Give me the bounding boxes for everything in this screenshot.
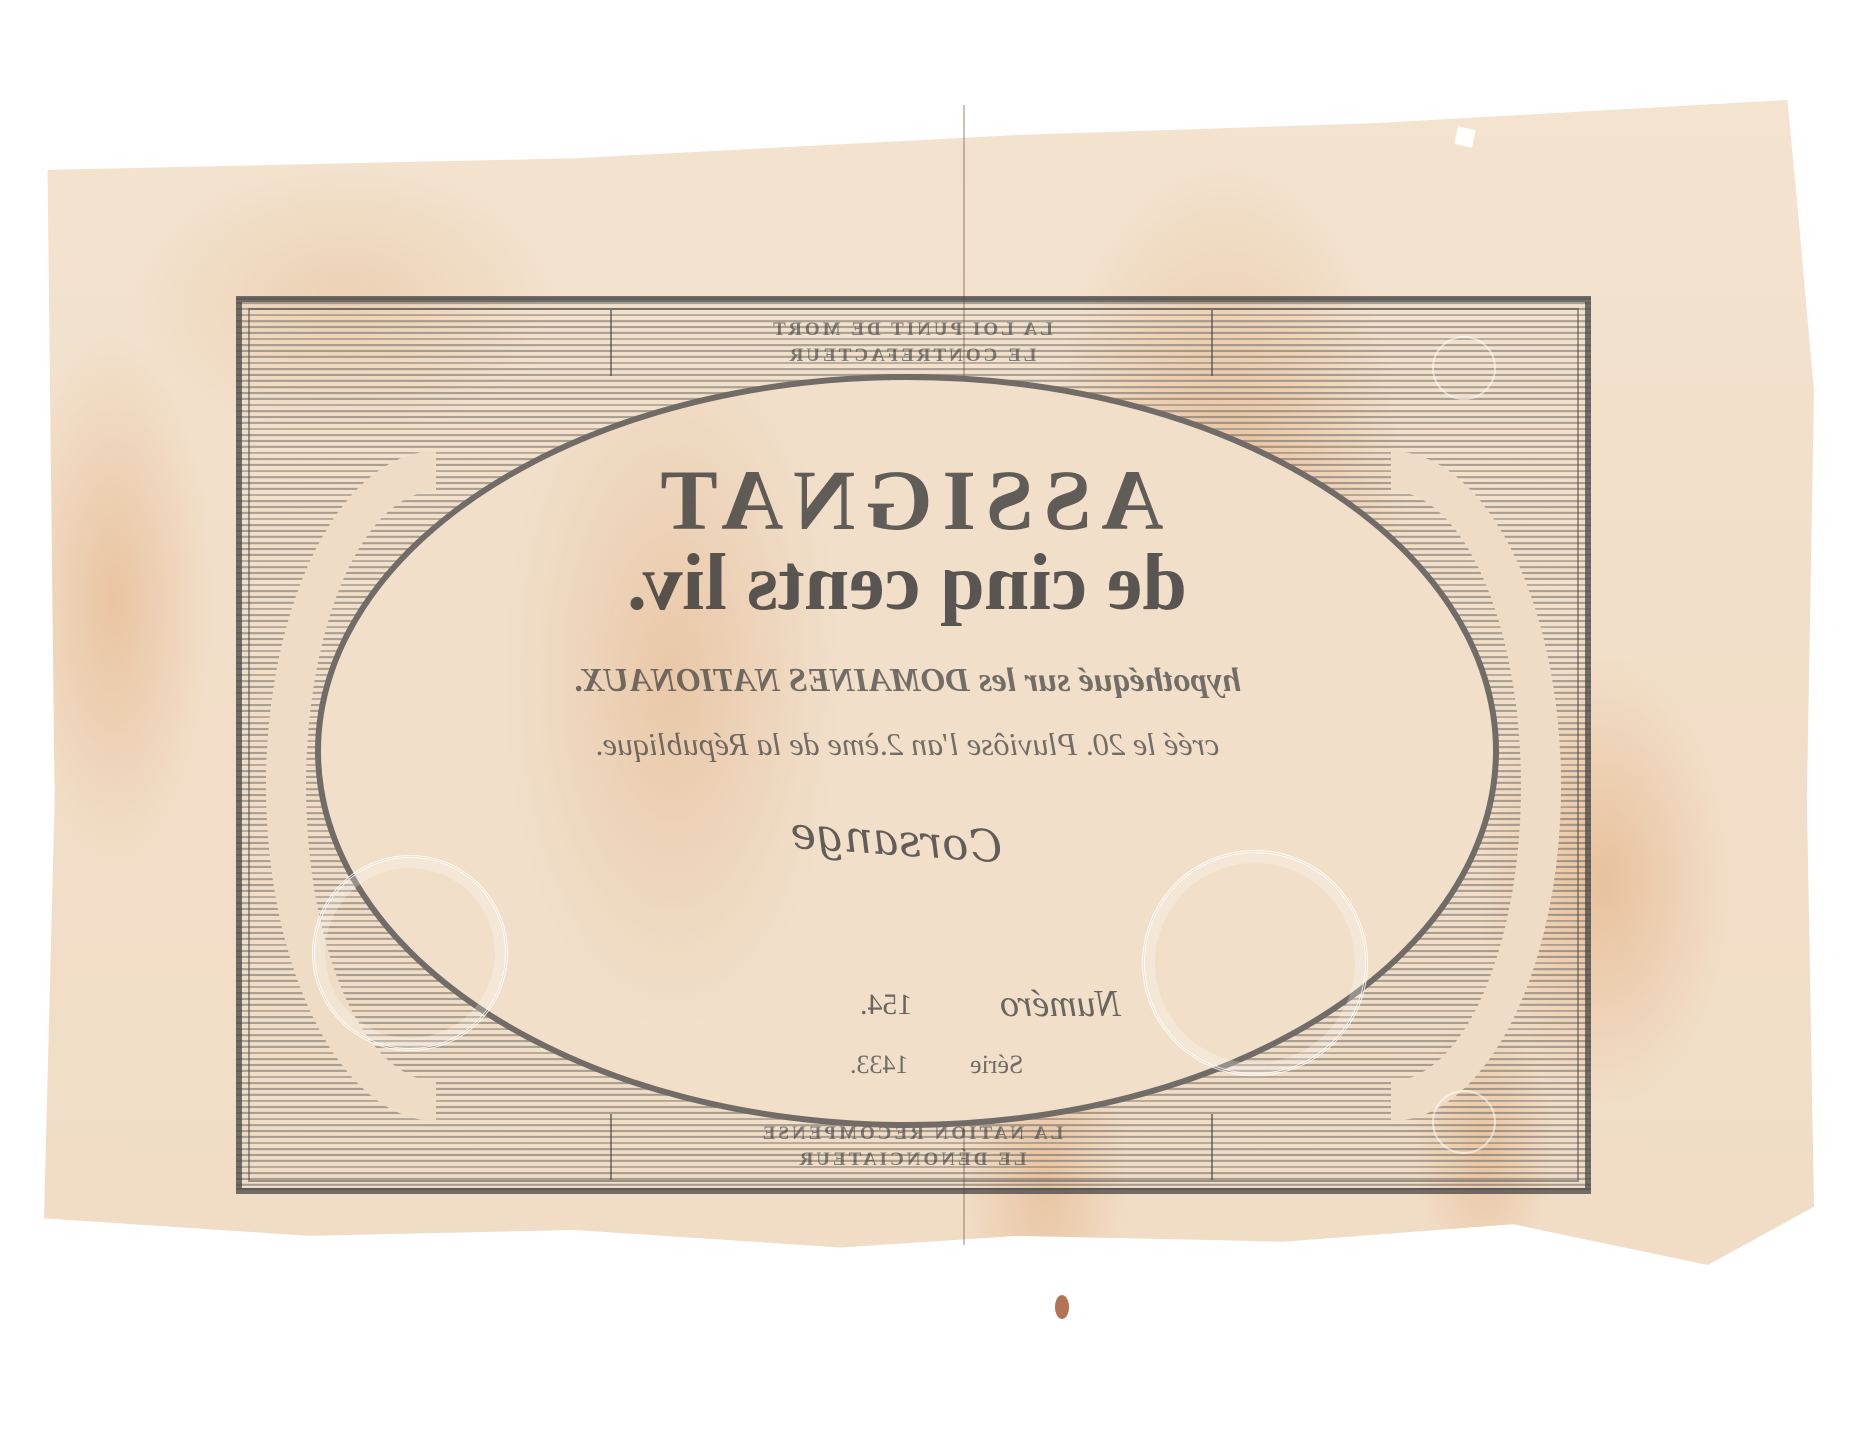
- embossed-seal-right-icon: [312, 855, 508, 1051]
- pin-hole-right: [1454, 126, 1475, 147]
- corner-ornament-icon: [1432, 336, 1496, 400]
- creation-line: créé le 20. Pluviôse l'an 2.ème de la Ré…: [321, 726, 1493, 763]
- top-banner-line1: LA LOI PUNIT DE MORT: [770, 317, 1053, 343]
- top-banner: LA LOI PUNIT DE MORT LE CONTREFACTEUR: [610, 310, 1213, 376]
- embossed-seal-left-icon: [1142, 850, 1368, 1076]
- mortgage-line: hypothéqué sur les DOMAINES NATIONAUX.: [321, 662, 1493, 700]
- central-oval: ASSIGNAT de cinq cents liv. hypothéqué s…: [315, 374, 1499, 1128]
- rust-stain: [1055, 1295, 1069, 1319]
- note-title: ASSIGNAT: [321, 450, 1493, 550]
- top-banner-line2: LE CONTREFACTEUR: [787, 343, 1037, 369]
- pin-hole-left: [215, 135, 249, 151]
- assignat-design: LA LOI PUNIT DE MORT LE CONTREFACTEUR LA…: [236, 296, 1591, 1194]
- note-amount: de cinq cents liv.: [321, 538, 1493, 629]
- corner-ornament-icon: [1432, 1090, 1496, 1154]
- bottom-banner-line2: LE DÉNONCIATEUR: [797, 1147, 1027, 1173]
